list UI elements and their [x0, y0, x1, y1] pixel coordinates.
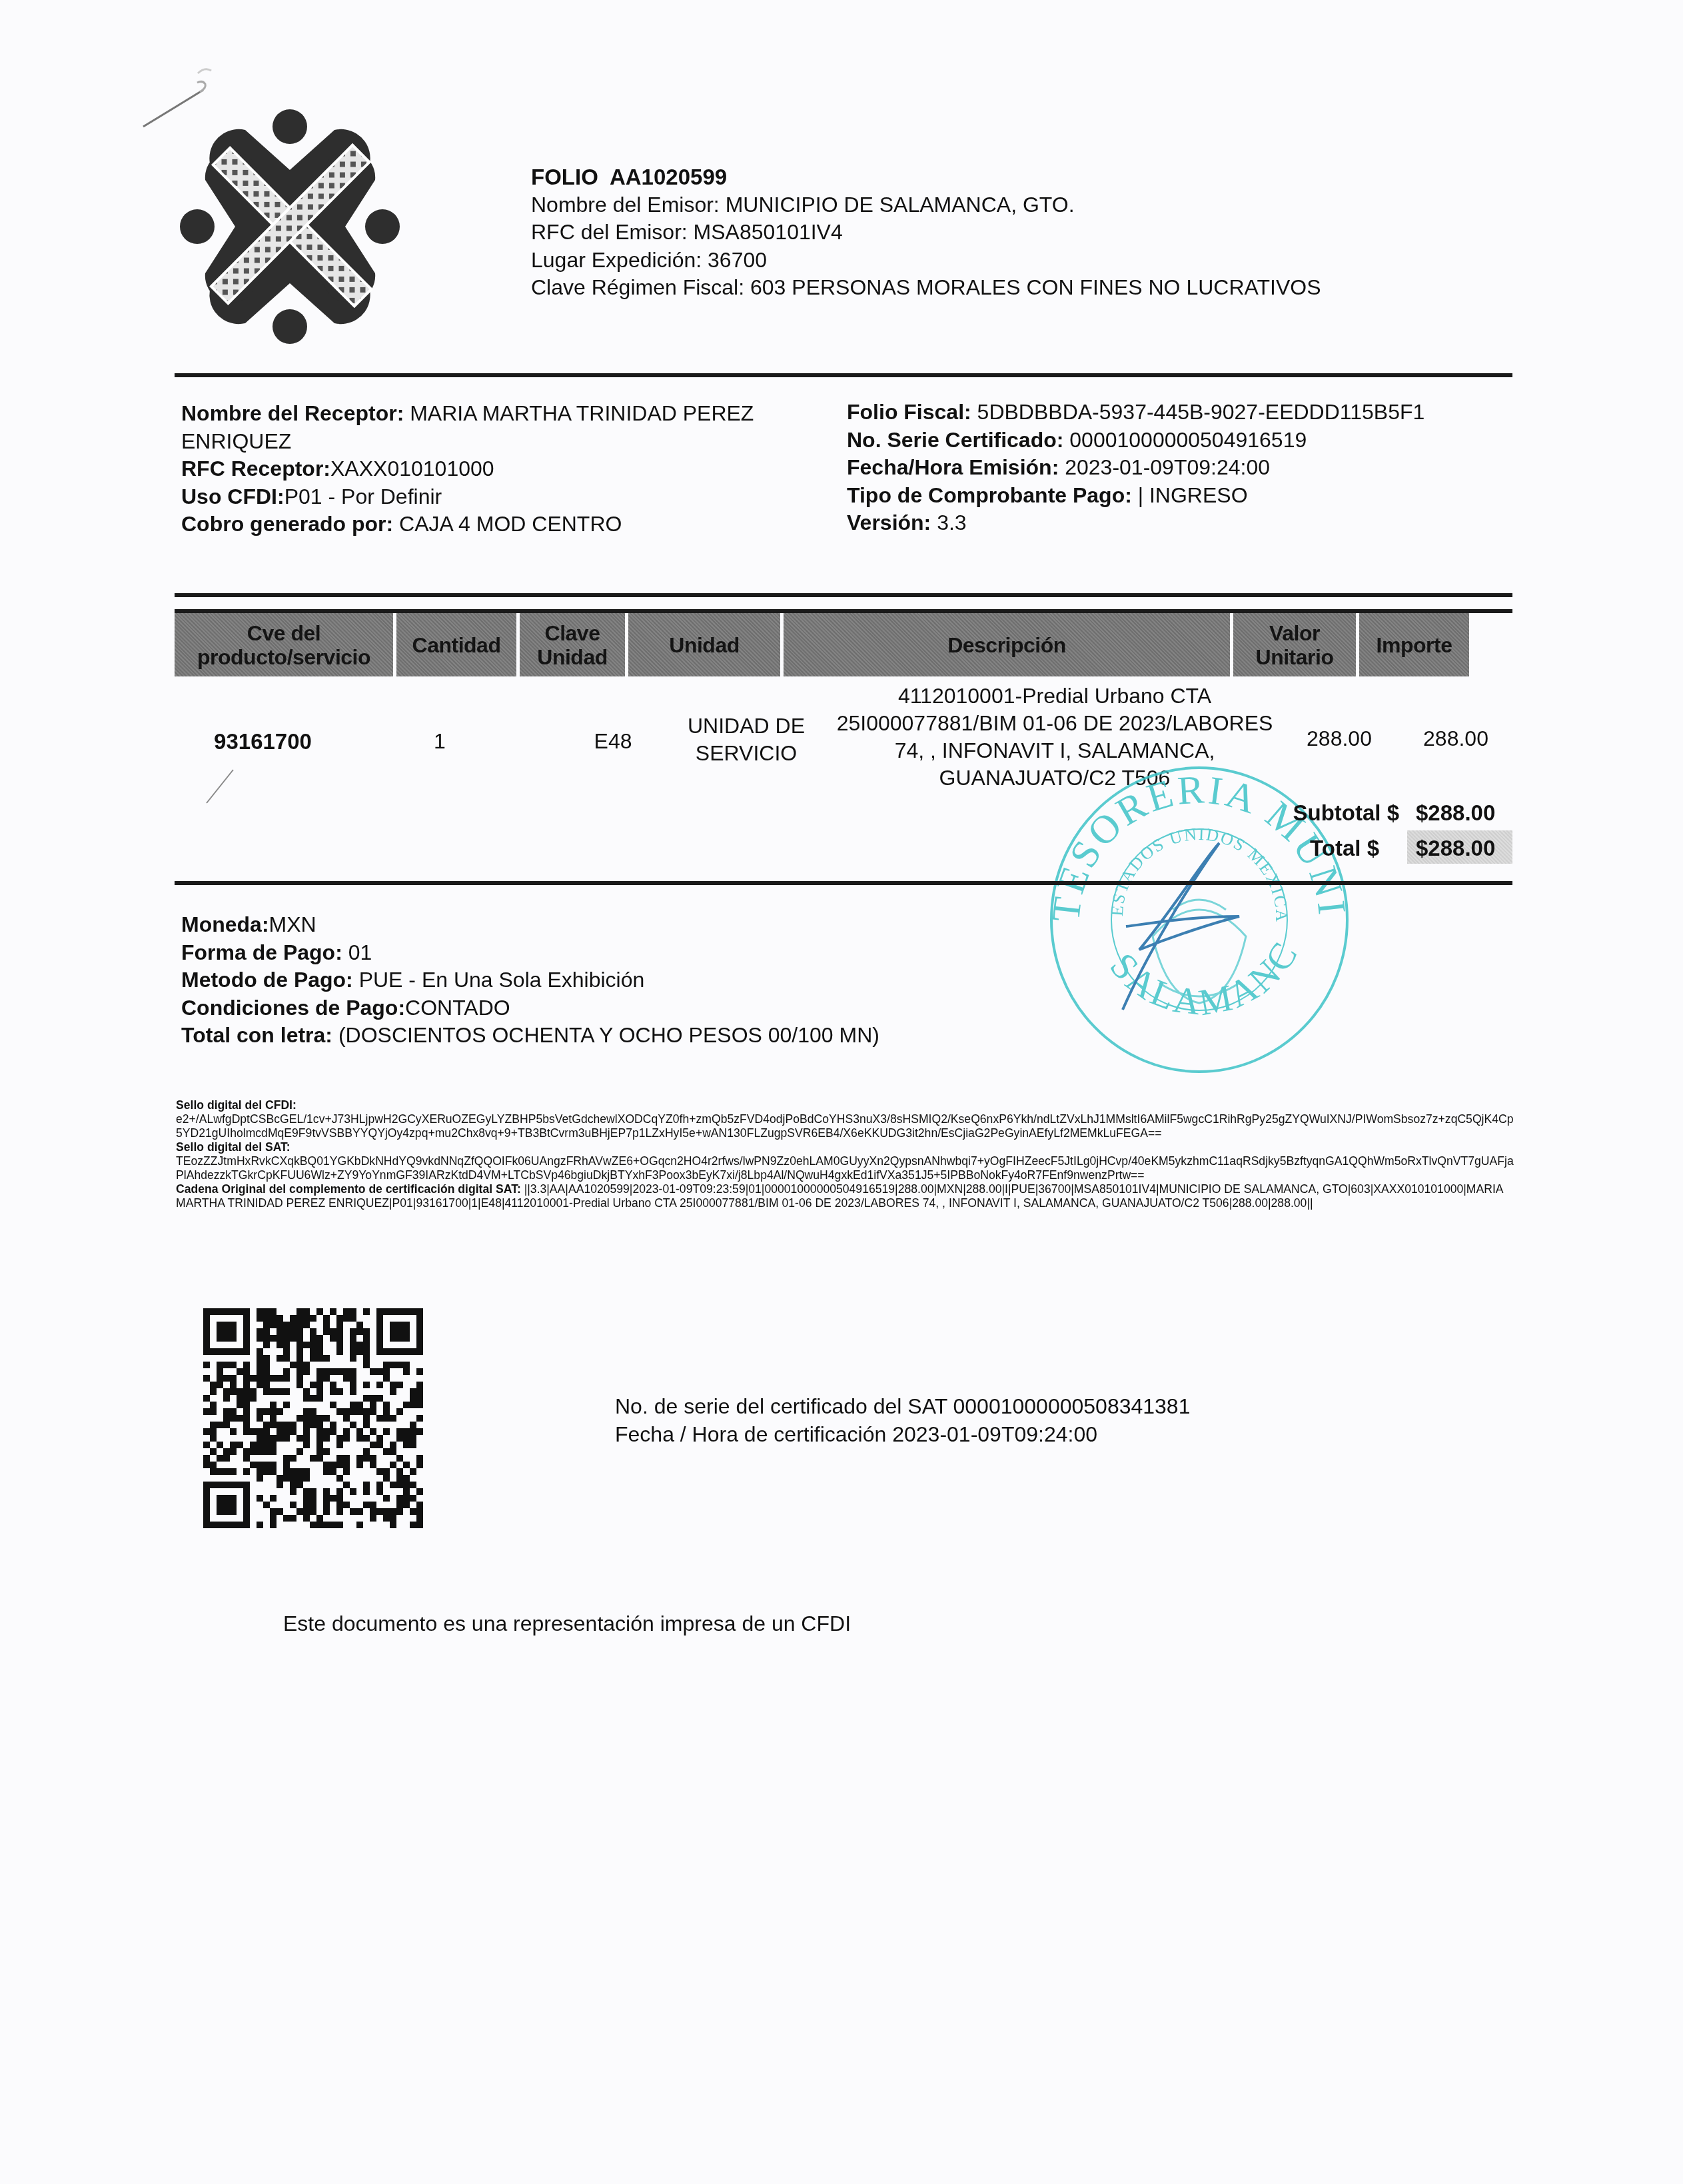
cell-unit: UNIDAD DE SERVICIO [656, 712, 836, 767]
total-in-words: Total con letra: (DOSCIENTOS OCHENTA Y O… [181, 1022, 879, 1050]
issuer-header: FOLIO AA1020599 Nombre del Emisor: MUNIC… [531, 163, 1321, 302]
col-header-product-code: Cve del producto/servicio [175, 613, 393, 676]
divider [175, 881, 1512, 885]
col-header-description: Descripción [784, 613, 1230, 676]
sat-certificate-serial: No. de serie del certificado del SAT 000… [615, 1393, 1190, 1421]
folio: FOLIO AA1020599 [531, 163, 1321, 191]
col-header-unit-value: Valor Unitario [1233, 613, 1356, 676]
voucher-type: Tipo de Comprobante Pago: | INGRESO [847, 482, 1513, 510]
total-label: Total $ [1199, 836, 1379, 861]
subtotal-value: $288.00 [1416, 800, 1495, 826]
payment-info: Moneda:MXN Forma de Pago: 01 Metodo de P… [181, 911, 879, 1050]
certification-datetime: Fecha / Hora de certificación 2023-01-09… [615, 1421, 1190, 1449]
payment-conditions: Condiciones de Pago:CONTADO [181, 994, 879, 1022]
issue-datetime: Fecha/Hora Emisión: 2023-01-09T09:24:00 [847, 454, 1513, 482]
sat-seal-value: TEozZZJtmHxRvkCXqkBQ01YGKbDkNHdYQ9vkdNNq… [176, 1154, 1515, 1182]
divider [175, 373, 1512, 377]
issuer-rfc: RFC del Emisor: MSA850101IV4 [531, 219, 1321, 247]
digital-seals: Sello digital del CFDI: e2+/ALwfgDptCSBc… [176, 1098, 1515, 1210]
cell-quantity: 1 [413, 728, 466, 755]
cfdi-seal-label: Sello digital del CFDI: [176, 1098, 1515, 1112]
version: Versión: 3.3 [847, 509, 1513, 537]
cfdi-use: Uso CFDI:P01 - Por Definir [181, 483, 821, 511]
currency: Moneda:MXN [181, 911, 879, 939]
items-table-header: Cve del producto/servicio Cantidad Clave… [175, 613, 1512, 676]
divider [175, 593, 1512, 597]
col-header-amount: Importe [1359, 613, 1469, 676]
certificate-serial: No. Serie Certificado: 00001000000504916… [847, 427, 1513, 455]
qr-code-icon [203, 1308, 423, 1528]
receiver-name: Nombre del Receptor: MARIA MARTHA TRINID… [181, 400, 821, 455]
issuer-name: Nombre del Emisor: MUNICIPIO DE SALAMANC… [531, 191, 1321, 219]
original-chain: Cadena Original del complemento de certi… [176, 1182, 1515, 1210]
cell-product-code: 93161700 [175, 728, 351, 755]
cell-amount: 288.00 [1399, 725, 1512, 752]
folio-value: AA1020599 [610, 165, 727, 189]
col-header-unit: Unidad [628, 613, 780, 676]
municipal-logo-icon [179, 107, 402, 347]
col-header-quantity: Cantidad [396, 613, 516, 676]
fiscal-folio: Folio Fiscal: 5DBDBBDA-5937-445B-9027-EE… [847, 399, 1513, 427]
cfdi-seal-value: e2+/ALwfgDptCSBcGEL/1cv+J73HLjpwH2GCyXER… [176, 1112, 1515, 1140]
charged-by: Cobro generado por: CAJA 4 MOD CENTRO [181, 511, 821, 539]
sat-seal-label: Sello digital del SAT: [176, 1140, 1515, 1154]
pen-mark-icon [200, 766, 240, 806]
certification-info: No. de serie del certificado del SAT 000… [615, 1393, 1190, 1448]
subtotal-label: Subtotal $ [1199, 800, 1399, 826]
tax-regime: Clave Régimen Fiscal: 603 PERSONAS MORAL… [531, 274, 1321, 302]
cell-unit-value: 288.00 [1276, 725, 1402, 752]
payment-form: Forma de Pago: 01 [181, 939, 879, 967]
col-header-unit-key: Clave Unidad [520, 613, 625, 676]
payment-method: Metodo de Pago: PUE - En Una Sola Exhibi… [181, 966, 879, 994]
cell-unit-key: E48 [566, 728, 660, 755]
footer-note: Este documento es una representación imp… [283, 1612, 851, 1636]
issue-place: Lugar Expedición: 36700 [531, 247, 1321, 275]
total-value: $288.00 [1416, 836, 1495, 861]
receiver-info: Nombre del Receptor: MARIA MARTHA TRINID… [181, 400, 821, 539]
fiscal-info: Folio Fiscal: 5DBDBBDA-5937-445B-9027-EE… [847, 399, 1513, 537]
receiver-rfc: RFC Receptor:XAXX010101000 [181, 455, 821, 483]
